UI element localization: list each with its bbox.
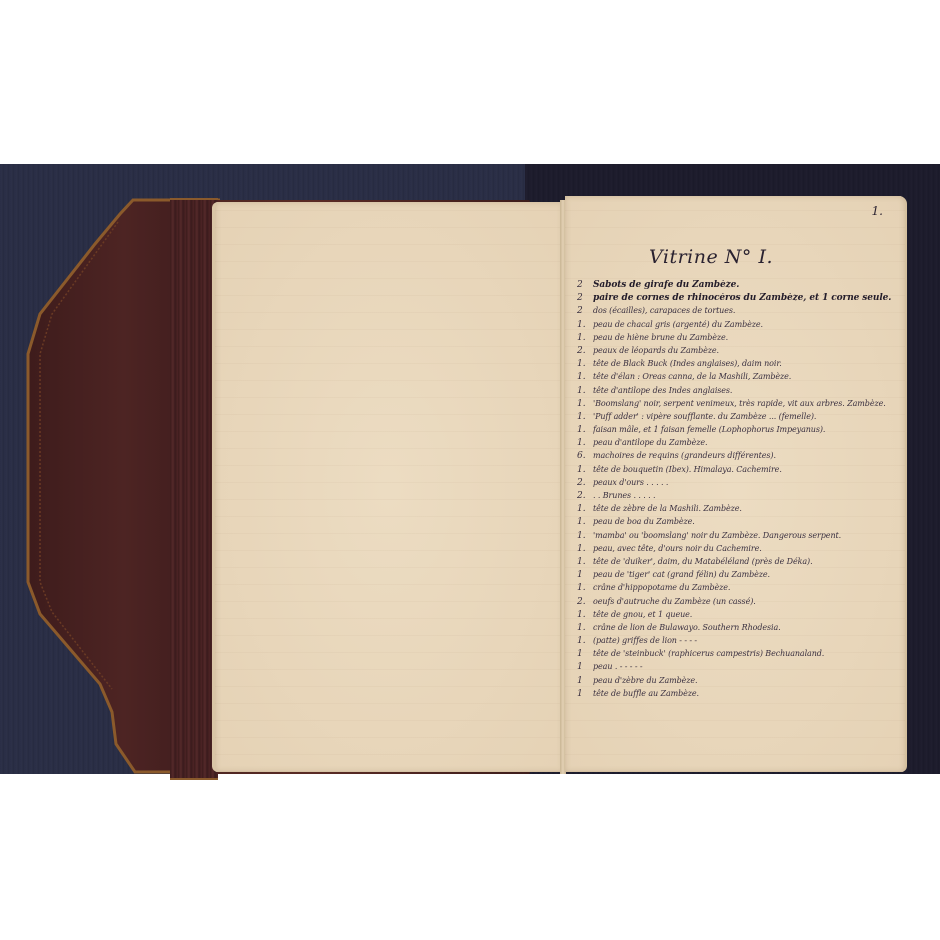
item-description: peau d'zèbre du Zambèze. [593, 676, 698, 685]
item-description: peaux d'ours . . . . . [593, 478, 668, 487]
item-quantity: 1 [577, 676, 593, 686]
list-item: 1.peau de hiène brune du Zambèze. [577, 333, 899, 346]
item-description: peau de chacal gris (argenté) du Zambèze… [593, 320, 763, 329]
item-description: machoires de requins (grandeurs différen… [593, 451, 776, 460]
list-item: 1.tête de zèbre de la Mashili. Zambèze. [577, 504, 899, 517]
item-quantity: 1. [577, 504, 593, 514]
list-item: 1.tête de Black Buck (Indes anglaises), … [577, 359, 899, 372]
list-item: 1.'Puff adder' : vipère soufflante. du Z… [577, 412, 899, 425]
item-quantity: 1. [577, 517, 593, 527]
item-description: (patte) griffes de lion - - - - [593, 636, 697, 645]
item-quantity: 1. [577, 412, 593, 422]
item-quantity: 1. [577, 610, 593, 620]
page-number: 1. [872, 204, 883, 218]
list-item: 1.peau de chacal gris (argenté) du Zambè… [577, 320, 899, 333]
item-quantity: 2 [577, 293, 593, 303]
item-quantity: 6. [577, 451, 593, 461]
left-page-blank [212, 202, 563, 772]
item-description: peau de boa du Zambèze. [593, 517, 695, 526]
item-quantity: 1. [577, 333, 593, 343]
item-description: paire de cornes de rhinocéros du Zambèze… [593, 293, 891, 303]
item-quantity: 1 [577, 570, 593, 580]
item-quantity: 1. [577, 399, 593, 409]
item-description: . . Brunes . . . . . [593, 491, 655, 500]
item-description: peau de hiène brune du Zambèze. [593, 333, 728, 342]
list-item: 1.tête de gnou, et 1 queue. [577, 610, 899, 623]
item-description: faisan mâle, et 1 faisan femelle (Lophop… [593, 425, 825, 434]
item-quantity: 1. [577, 636, 593, 646]
item-quantity: 1. [577, 557, 593, 567]
item-description: tête de 'duiker', daim, du Matabéléland … [593, 557, 813, 566]
right-page: 1. Vitrine N° I. 2Sabots de girafe du Za… [565, 196, 907, 772]
item-description: peau . - - - - - [593, 662, 643, 671]
list-item: 2dos (écailles), carapaces de tortues. [577, 306, 899, 319]
item-quantity: 1. [577, 372, 593, 382]
list-item: 1peau . - - - - - [577, 662, 899, 675]
list-item: 1.peau d'antilope du Zambèze. [577, 438, 899, 451]
list-item: 1tête de 'steinbuck' (raphicerus campest… [577, 649, 899, 662]
item-quantity: 1. [577, 583, 593, 593]
list-item: 1.tête de bouquetin (Ibex). Himalaya. Ca… [577, 465, 899, 478]
item-description: peau de 'tiger' cat (grand félin) du Zam… [593, 570, 770, 579]
list-item: 1.'mamba' ou 'boomslang' noir du Zambèze… [577, 531, 899, 544]
item-description: 'Boomslang' noir, serpent venimeux, très… [593, 399, 886, 408]
item-description: tête d'élan : Oreas canna, de la Mashili… [593, 372, 791, 381]
list-item: 1.peau, avec tête, d'ours noir du Cachem… [577, 544, 899, 557]
list-item: 1.tête d'élan : Oreas canna, de la Mashi… [577, 372, 899, 385]
item-description: tête de 'steinbuck' (raphicerus campestr… [593, 649, 824, 658]
item-description: Sabots de girafe du Zambèze. [593, 280, 739, 290]
list-item: 1.tête de 'duiker', daim, du Matabélélan… [577, 557, 899, 570]
item-description: 'Puff adder' : vipère soufflante. du Zam… [593, 412, 816, 421]
item-description: crâne de lion de Bulawayo. Southern Rhod… [593, 623, 781, 632]
list-item: 1.faisan mâle, et 1 faisan femelle (Loph… [577, 425, 899, 438]
list-item: 1.'Boomslang' noir, serpent venimeux, tr… [577, 399, 899, 412]
list-item: 2.oeufs d'autruche du Zambèze (un cassé)… [577, 597, 899, 610]
item-description: tête de bouquetin (Ibex). Himalaya. Cach… [593, 465, 782, 474]
item-quantity: 2. [577, 491, 593, 501]
item-description: 'mamba' ou 'boomslang' noir du Zambèze. … [593, 531, 841, 540]
item-description: tête d'antilope des Indes anglaises. [593, 386, 732, 395]
list-item: 1.crâne d'hippopotame du Zambèze. [577, 583, 899, 596]
list-item: 2paire de cornes de rhinocéros du Zambèz… [577, 293, 899, 306]
item-quantity: 1. [577, 531, 593, 541]
item-quantity: 1. [577, 544, 593, 554]
list-item: 1tête de buffle au Zambèze. [577, 689, 899, 702]
item-description: tête de buffle au Zambèze. [593, 689, 699, 698]
item-description: oeufs d'autruche du Zambèze (un cassé). [593, 597, 756, 606]
list-item: 1.tête d'antilope des Indes anglaises. [577, 386, 899, 399]
item-quantity: 1 [577, 689, 593, 699]
item-quantity: 1. [577, 438, 593, 448]
item-description: tête de Black Buck (Indes anglaises), da… [593, 359, 782, 368]
list-item: 2.peaux d'ours . . . . . [577, 478, 899, 491]
item-quantity: 1. [577, 320, 593, 330]
book-spine [170, 198, 218, 780]
list-item: 2Sabots de girafe du Zambèze. [577, 280, 899, 293]
list-item: 1peau de 'tiger' cat (grand félin) du Za… [577, 570, 899, 583]
item-description: peau d'antilope du Zambèze. [593, 438, 708, 447]
item-quantity: 1. [577, 465, 593, 475]
scanned-portfolio: 1. Vitrine N° I. 2Sabots de girafe du Za… [0, 164, 940, 774]
item-quantity: 1. [577, 425, 593, 435]
list-item: 1.crâne de lion de Bulawayo. Southern Rh… [577, 623, 899, 636]
catalogue-list: 2Sabots de girafe du Zambèze.2paire de c… [577, 280, 899, 702]
list-item: 2.peaux de léopards du Zambèze. [577, 346, 899, 359]
item-description: tête de zèbre de la Mashili. Zambèze. [593, 504, 742, 513]
item-quantity: 1. [577, 386, 593, 396]
list-item: 1.(patte) griffes de lion - - - - [577, 636, 899, 649]
item-description: tête de gnou, et 1 queue. [593, 610, 692, 619]
page-title: Vitrine N° I. [649, 246, 773, 268]
list-item: 2.. . Brunes . . . . . [577, 491, 899, 504]
item-quantity: 2. [577, 478, 593, 488]
list-item: 1peau d'zèbre du Zambèze. [577, 676, 899, 689]
item-quantity: 1 [577, 662, 593, 672]
item-description: dos (écailles), carapaces de tortues. [593, 306, 735, 315]
item-quantity: 2. [577, 346, 593, 356]
item-description: peaux de léopards du Zambèze. [593, 346, 719, 355]
item-quantity: 1. [577, 623, 593, 633]
item-quantity: 2. [577, 597, 593, 607]
item-quantity: 2 [577, 280, 593, 290]
list-item: 6.machoires de requins (grandeurs différ… [577, 451, 899, 464]
item-quantity: 2 [577, 306, 593, 316]
list-item: 1.peau de boa du Zambèze. [577, 517, 899, 530]
item-description: crâne d'hippopotame du Zambèze. [593, 583, 730, 592]
item-description: peau, avec tête, d'ours noir du Cachemir… [593, 544, 762, 553]
item-quantity: 1 [577, 649, 593, 659]
item-quantity: 1. [577, 359, 593, 369]
